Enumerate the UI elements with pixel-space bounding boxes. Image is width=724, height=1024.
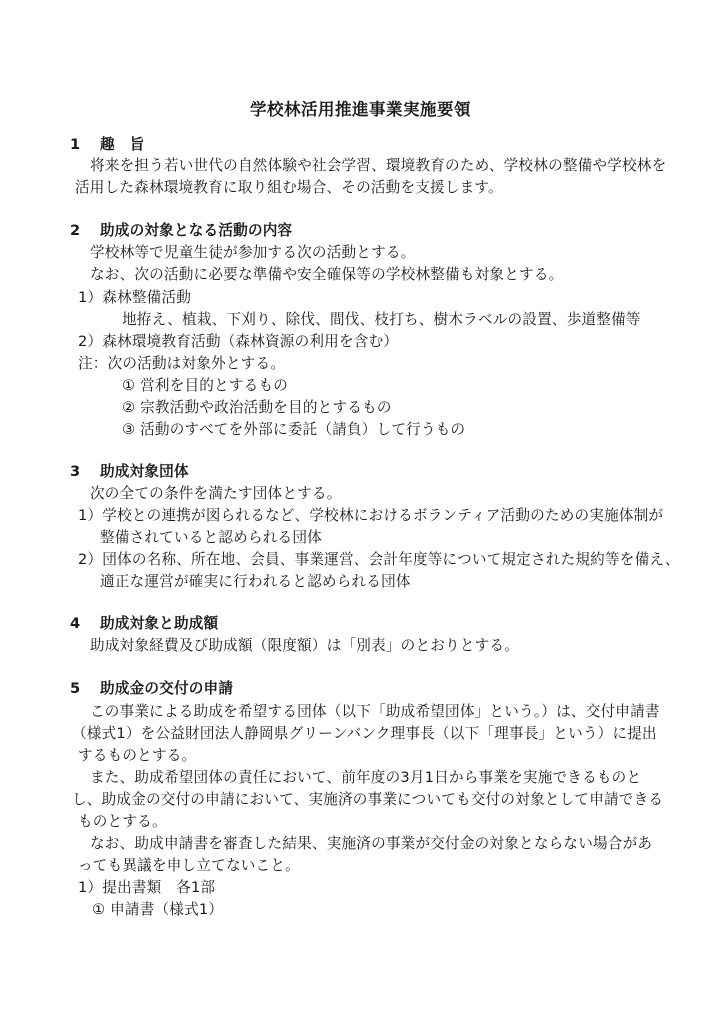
exclusion-item: ① 営利を目的とするもの <box>122 376 288 396</box>
section-heading-text: 助成対象団体 <box>100 463 189 480</box>
section-number: 5 <box>70 679 100 699</box>
list-item-detail: ① 申請書（様式1） <box>92 900 223 920</box>
section-4-heading: 4助成対象と助成額 <box>70 614 218 634</box>
section-heading-text: 助成金の交付の申請 <box>100 680 233 697</box>
document-page: 学校林活用推進事業実施要領 1趣 旨 将来を担う若い世代の自然体験や社会学習、環… <box>0 0 724 1024</box>
section-number: 1 <box>70 135 100 155</box>
paragraph-line: 助成対象経費及び助成額（限度額）は「別表」のとおりとする。 <box>90 636 519 656</box>
paragraph-line: なお、次の活動に必要な準備や安全確保等の学校林整備も対象とする。 <box>90 265 563 285</box>
paragraph-line: また、助成希望団体の責任において、前年度の3月1日から事業を実施できるものと <box>90 768 641 788</box>
paragraph-line: この事業による助成を希望する団体（以下「助成希望団体」という。）は、交付申請書 <box>90 702 660 722</box>
exclusion-item: ③ 活動のすべてを外部に委託（請負）して行うもの <box>122 420 465 440</box>
list-item: 1）森林整備活動 <box>78 288 191 308</box>
section-3-heading: 3助成対象団体 <box>70 462 189 482</box>
section-heading-text: 助成対象と助成額 <box>100 615 218 632</box>
paragraph-line: 活用した森林環境教育に取り組む場合、その活動を支援します。 <box>75 178 503 198</box>
paragraph-line: っても異議を申し立てないこと。 <box>78 856 300 876</box>
paragraph-line: し、助成金の交付の申請において、実施済の事業についても交付の対象として申請できる <box>72 790 663 810</box>
paragraph-line: 学校林等で児童生徒が参加する次の活動とする。 <box>90 243 415 263</box>
note-line: 注：次の活動は対象外とする。 <box>78 354 285 374</box>
section-heading-text: 助成の対象となる活動の内容 <box>100 222 292 239</box>
paragraph-line: （様式1）を公益財団法人静岡県グリーンバンク理事長（以下「理事長」という）に提出 <box>72 724 657 744</box>
paragraph-line: なお、助成申請書を審査した結果、実施済の事業が交付金の対象とならない場合があ <box>90 834 652 854</box>
list-item: 1）提出書類 各1部 <box>78 878 215 898</box>
list-item-continuation: 整備されていると認められる団体 <box>100 528 322 548</box>
document-title: 学校林活用推進事業実施要領 <box>250 100 471 120</box>
section-number: 3 <box>70 462 100 482</box>
paragraph-line: 将来を担う若い世代の自然体験や社会学習、環境教育のため、学校林の整備や学校林を <box>90 156 666 176</box>
paragraph-line: 次の全ての条件を満たす団体とする。 <box>90 484 342 504</box>
paragraph-line: するものとする。 <box>78 746 196 766</box>
section-number: 2 <box>70 221 100 241</box>
list-item: 1）学校との連携が図られるなど、学校林におけるボランティア活動のための実施体制が <box>78 506 663 526</box>
section-number: 4 <box>70 614 100 634</box>
section-1-heading: 1趣 旨 <box>70 135 144 155</box>
list-item: 2）森林環境教育活動（森林資源の利用を含む） <box>78 332 398 352</box>
section-heading-text: 趣 旨 <box>100 136 144 153</box>
list-item-continuation: 適正な運営が確実に行われると認められる団体 <box>100 572 411 592</box>
list-item-detail: 地拵え、植栽、下刈り、除伐、間伐、枝打ち、樹木ラベルの設置、歩道整備等 <box>122 310 641 330</box>
list-item: 2）団体の名称、所在地、会員、事業運営、会計年度等について規定された規約等を備え… <box>78 550 680 570</box>
paragraph-line: ものとする。 <box>78 812 167 832</box>
exclusion-item: ② 宗教活動や政治活動を目的とするもの <box>122 398 392 418</box>
section-2-heading: 2助成の対象となる活動の内容 <box>70 221 292 241</box>
section-5-heading: 5助成金の交付の申請 <box>70 679 233 699</box>
